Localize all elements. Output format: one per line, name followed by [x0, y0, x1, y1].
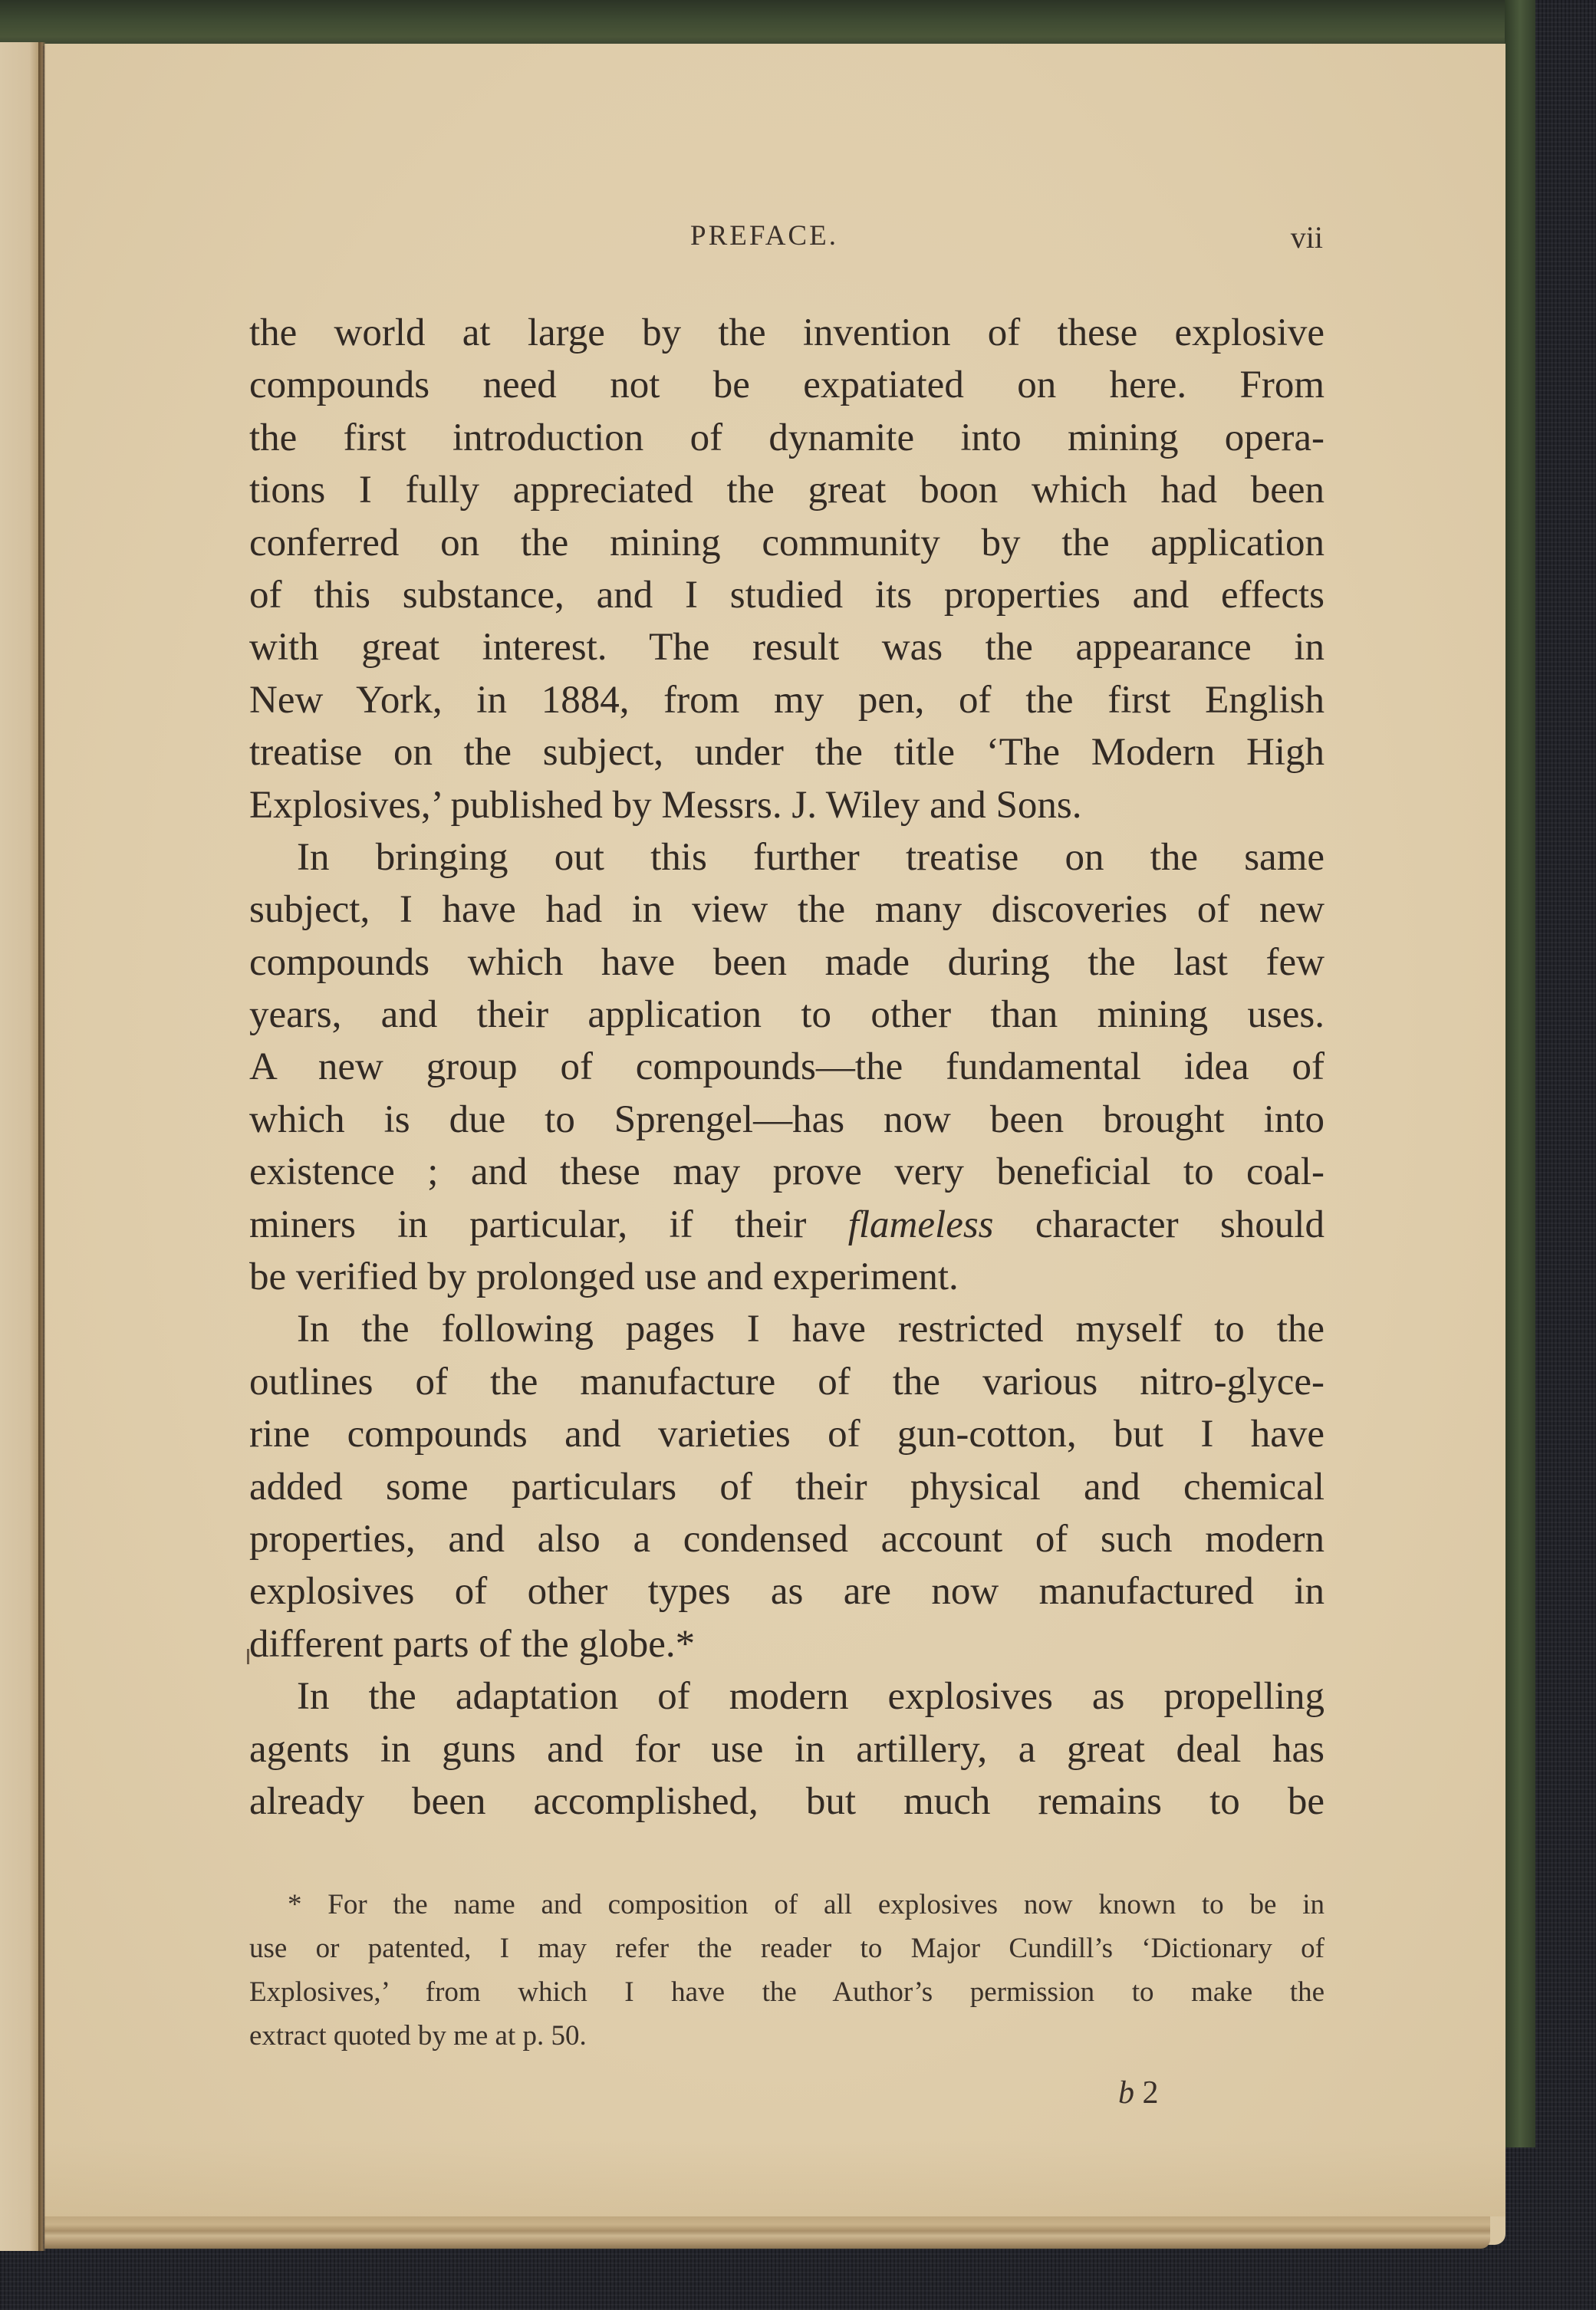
text-line: the world at large by the invention of t… [249, 307, 1325, 359]
text-line: years, and their application to other th… [249, 989, 1325, 1041]
running-head-title: PREFACE. [690, 219, 838, 252]
paragraph-start-line: In bringing out this further treatise on… [249, 831, 1325, 884]
page-stack-bottom-edge [44, 2216, 1490, 2249]
signature-number: 2 [1143, 2075, 1159, 2111]
book-cover-top-edge [0, 0, 1534, 46]
text-line: tions I fully appreciated the great boon… [249, 464, 1325, 516]
text-line: agents in guns and for use in artillery,… [249, 1723, 1325, 1775]
text-line: explosives of other types as are now man… [249, 1565, 1325, 1617]
text-line: properties, and also a condensed account… [249, 1513, 1325, 1565]
paragraph-end-line: Explosives,’ published by Messrs. J. Wil… [249, 779, 1325, 831]
footnote-line: Explosives,’ from which I have the Autho… [249, 1970, 1325, 2014]
footnote-line: extract quoted by me at p. 50. [249, 2014, 1325, 2058]
signature-mark: b 2 [1118, 2075, 1159, 2111]
text-line: treatise on the subject, under the title… [249, 726, 1325, 778]
signature-letter: b [1118, 2075, 1134, 2111]
text-line: New York, in 1884, from my pen, of the f… [249, 674, 1325, 726]
gutter-shadow [38, 42, 46, 2251]
paragraph-start-line: In the following pages I have restricted… [249, 1303, 1325, 1355]
text-line: A new group of compounds—the fundamental… [249, 1041, 1325, 1093]
text-line: of this substance, and I studied its pro… [249, 569, 1325, 621]
text-line: with great interest. The result was the … [249, 621, 1325, 673]
running-head: PREFACE. vii [249, 219, 1323, 265]
footnote-line: * For the name and composition of all ex… [249, 1883, 1325, 1927]
text-line: existence ; and these may prove very ben… [249, 1146, 1325, 1198]
footnote: * For the name and composition of all ex… [249, 1883, 1325, 2058]
text-line: compounds need not be expatiated on here… [249, 359, 1325, 411]
text-line: rine compounds and varieties of gun-cott… [249, 1408, 1325, 1460]
text-segment: character should [994, 1203, 1325, 1246]
paragraph-start-line: In the adaptation of modern explosives a… [249, 1670, 1325, 1723]
preface-body: the world at large by the invention of t… [249, 307, 1325, 1828]
margin-pencil-mark [247, 1649, 249, 1664]
page-number: vii [1291, 219, 1323, 255]
text-line-with-italic: miners in particular, if their flameless… [249, 1199, 1325, 1251]
text-line: which is due to Sprengel—has now been br… [249, 1094, 1325, 1146]
footnote-line: use or patented, I may refer the reader … [249, 1927, 1325, 1970]
text-line: compounds which have been made during th… [249, 936, 1325, 989]
text-line: added some particulars of their physical… [249, 1461, 1325, 1513]
paragraph-end-line: be verified by prolonged use and experim… [249, 1251, 1325, 1303]
page-foxing-stain [44, 2140, 1506, 2216]
text-line: already been accomplished, but much rema… [249, 1775, 1325, 1828]
text-line: outlines of the manufacture of the vario… [249, 1356, 1325, 1408]
text-line: subject, I have had in view the many dis… [249, 884, 1325, 936]
facing-page-edge [0, 42, 42, 2251]
paragraph-end-line: different parts of the globe.* [249, 1618, 1325, 1670]
text-segment: miners in particular, if their [249, 1203, 848, 1246]
italic-word-flameless: flameless [848, 1203, 994, 1246]
book-cover-right-edge [1505, 0, 1535, 2147]
text-line: the first introduction of dynamite into … [249, 412, 1325, 464]
text-line: conferred on the mining community by the… [249, 517, 1325, 569]
